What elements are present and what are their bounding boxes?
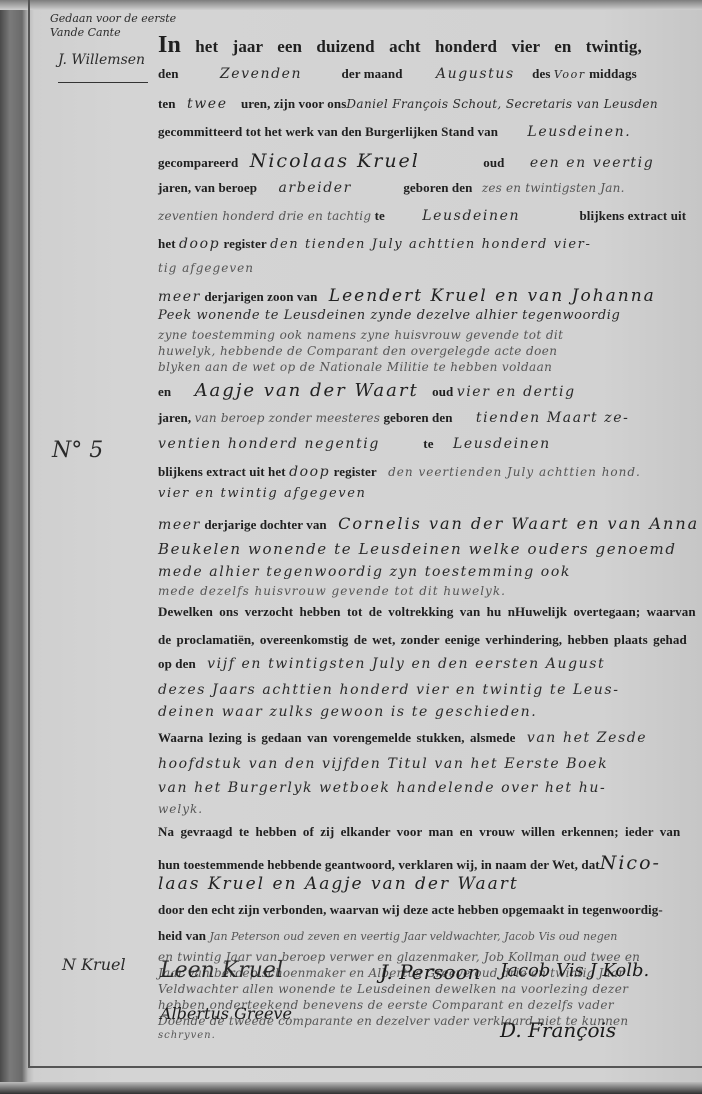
doc-line: dezes Jaars achttien honderd vier en twi… <box>158 682 620 698</box>
print-text: op den <box>158 656 196 671</box>
doc-line: schryven. <box>158 1030 216 1041</box>
doc-line: hun toestemmende hebbende geantwoord, ve… <box>158 852 661 874</box>
hand-text: Nico- <box>600 852 661 874</box>
print-text: des <box>532 66 550 81</box>
print-text: middags <box>589 66 637 81</box>
doc-line: blyken aan de wet op de Nationale Militi… <box>158 360 552 374</box>
doc-line: gecommitteerd tot het werk van den Burge… <box>158 124 631 140</box>
doc-line: mede alhier tegenwoordig zyn toestemming… <box>158 564 571 580</box>
hand-text: Zevenden <box>220 66 302 82</box>
doc-line: welyk. <box>158 802 203 816</box>
doc-line: zeventien honderd drie en tachtig te Leu… <box>158 208 686 224</box>
hand-text: Daniel François Schout, Secretaris van L… <box>346 97 658 111</box>
hand-text: den tienden July achttien honderd vier- <box>270 237 591 252</box>
print-text: heid van <box>158 928 206 943</box>
hand-text: Leusdeinen. <box>527 124 631 140</box>
print-text: derjarigen zoon van <box>204 289 317 304</box>
print-text: register <box>224 236 267 251</box>
print-text: het jaar een duizend acht honderd vier e… <box>195 37 642 56</box>
hand-text: Leendert Kruel en van Johanna <box>329 286 656 306</box>
hand-text: vijf en twintigsten July en den eersten … <box>207 656 605 672</box>
hand-text: den veertienden July achttien hond. <box>388 465 641 479</box>
doc-line: jaren, van beroep arbeider geboren den z… <box>158 180 625 196</box>
doc-line: Na gevraagd te hebben of zij elkander vo… <box>158 824 680 840</box>
hand-text: ventien honderd negentig <box>158 436 380 452</box>
doc-line: hoofdstuk van den vijfden Titul van het … <box>158 756 608 772</box>
doc-line: tig afgegeven <box>158 260 254 276</box>
doc-line: In het jaar een duizend acht honderd vie… <box>158 32 642 59</box>
doc-line: van het Burgerlyk wetboek handelende ove… <box>158 780 606 796</box>
margin-note-line: Gedaan voor de eerste <box>50 12 176 26</box>
doc-line: en Aagje van der Waart oud vier en derti… <box>158 380 576 401</box>
doc-line: Veldwachter allen wonende te Leusdeinen … <box>158 982 628 996</box>
hand-text: zeventien honderd drie en tachtig <box>158 209 371 223</box>
print-text: In <box>158 32 181 58</box>
print-text: jaren, <box>158 410 191 425</box>
margin-note-bottom: N Kruel <box>62 955 126 974</box>
print-text: oud <box>483 155 504 170</box>
margin-rule-left <box>28 0 30 1068</box>
signature-officiant: D. François <box>500 1018 616 1042</box>
print-text: het <box>158 236 176 251</box>
print-text: blijkens extract uit <box>579 208 686 223</box>
print-text: blijkens extract uit het <box>158 464 286 479</box>
doc-line: huwelyk, hebbende de Comparant den overg… <box>158 344 557 358</box>
hand-text: tig afgegeven <box>158 261 254 275</box>
signature-witness-1: Leen Kruel <box>160 958 283 983</box>
bottom-edge-shadow <box>0 1082 702 1094</box>
signature-witness-2: Albertus Greeve <box>160 1004 292 1023</box>
hand-text: Leusdeinen <box>453 436 551 452</box>
hand-text: Augustus <box>436 66 515 82</box>
doc-line: de proclamatiën, overeenkomstig de wet, … <box>158 632 687 648</box>
doc-line: mede dezelfs huisvrouw gevende tot dit h… <box>158 584 506 598</box>
doc-line: Peek wonende te Leusdeinen zynde dezelve… <box>158 308 620 323</box>
print-text: gecommitteerd tot het werk van den Burge… <box>158 124 498 139</box>
hand-text: twee <box>187 96 228 112</box>
doc-line: door den echt zijn verbonden, waarvan wi… <box>158 902 663 918</box>
doc-line: blijkens extract uit het doop register d… <box>158 464 641 480</box>
doc-line: den Zevenden der maand Augustus des Voor… <box>158 66 637 82</box>
hand-text: een en veertig <box>530 155 654 171</box>
doc-line: Dewelken ons verzocht hebben tot de volt… <box>158 604 696 620</box>
doc-line: Waarna lezing is gedaan van vorengemelde… <box>158 730 647 746</box>
print-text: ten <box>158 96 176 111</box>
hand-text: meer <box>158 289 201 305</box>
hand-text: arbeider <box>278 180 352 196</box>
print-text: en <box>158 384 171 399</box>
doc-line: meer derjarige dochter van Cornelis van … <box>158 514 699 533</box>
print-text: geboren den <box>383 410 452 425</box>
hand-text: Cornelis van der Waart en van Anna <box>338 514 699 533</box>
hand-text: doop <box>179 236 220 252</box>
doc-line: deinen waar zulks gewoon is te geschiede… <box>158 704 537 720</box>
print-text: hun toestemmende hebbende geantwoord, ve… <box>158 857 600 872</box>
hand-text: van het Zesde <box>527 730 647 746</box>
hand-text: Voor <box>554 68 586 81</box>
doc-line: gecompareerd Nicolaas Kruel oud een en v… <box>158 150 654 172</box>
doc-line: ten twee uren, zijn voor onsDaniel Franç… <box>158 96 658 112</box>
hand-text: tienden Maart ze- <box>476 410 630 426</box>
print-text: te <box>375 208 385 223</box>
signature-witness-4: Jacob Vis J Kolb. <box>500 960 649 981</box>
hand-text: vier en dertig <box>457 384 576 400</box>
print-text: der maand <box>342 66 403 81</box>
doc-line: zyne toestemming ook namens zyne huisvro… <box>158 328 563 342</box>
scanned-document-page: Gedaan voor de eerste Vande Cante J. Wil… <box>0 0 702 1094</box>
doc-line: het doop register den tienden July achtt… <box>158 236 591 252</box>
record-number: N° 5 <box>52 438 103 463</box>
print-text: derjarige dochter van <box>204 517 326 532</box>
margin-signature: J. Willemsen <box>58 52 148 83</box>
signature-witness-3: J. Persoon <box>380 960 480 984</box>
doc-line: ventien honderd negentig te Leusdeinen <box>158 436 551 452</box>
doc-line: heid van Jan Peterson oud zeven en veert… <box>158 928 617 944</box>
print-text: te <box>423 436 433 451</box>
print-text: geboren den <box>403 180 472 195</box>
hand-text: Leusdeinen <box>422 208 520 224</box>
margin-rule-bottom <box>28 1066 702 1068</box>
hand-text: zes en twintigsten Jan. <box>482 181 625 195</box>
top-edge-shadow <box>0 0 702 10</box>
hand-text: meer <box>158 517 201 533</box>
doc-line: op den vijf en twintigsten July en den e… <box>158 656 605 672</box>
hand-text: Nicolaas Kruel <box>250 150 420 172</box>
hand-text: Jan Peterson oud zeven en veertig Jaar v… <box>209 930 617 943</box>
print-text: oud <box>432 384 453 399</box>
doc-line: jaren, van beroep zonder meesteres gebor… <box>158 410 629 426</box>
print-text: den <box>158 66 179 81</box>
hand-text: van beroep zonder meesteres <box>195 411 381 425</box>
print-text: register <box>334 464 377 479</box>
doc-line: laas Kruel en Aagje van der Waart <box>158 874 519 894</box>
print-text: Waarna lezing is gedaan van vorengemelde… <box>158 730 515 745</box>
doc-line: meer derjarigen zoon van Leendert Kruel … <box>158 286 656 306</box>
hand-text: doop <box>289 464 330 480</box>
doc-line: vier en twintig afgegeven <box>158 486 366 501</box>
print-text: gecompareerd <box>158 155 238 170</box>
print-text: uren, zijn voor ons <box>241 96 346 111</box>
print-text: jaren, van beroep <box>158 180 257 195</box>
hand-text: Aagje van der Waart <box>195 380 419 401</box>
doc-line: Beukelen wonende te Leusdeinen welke oud… <box>158 540 677 558</box>
